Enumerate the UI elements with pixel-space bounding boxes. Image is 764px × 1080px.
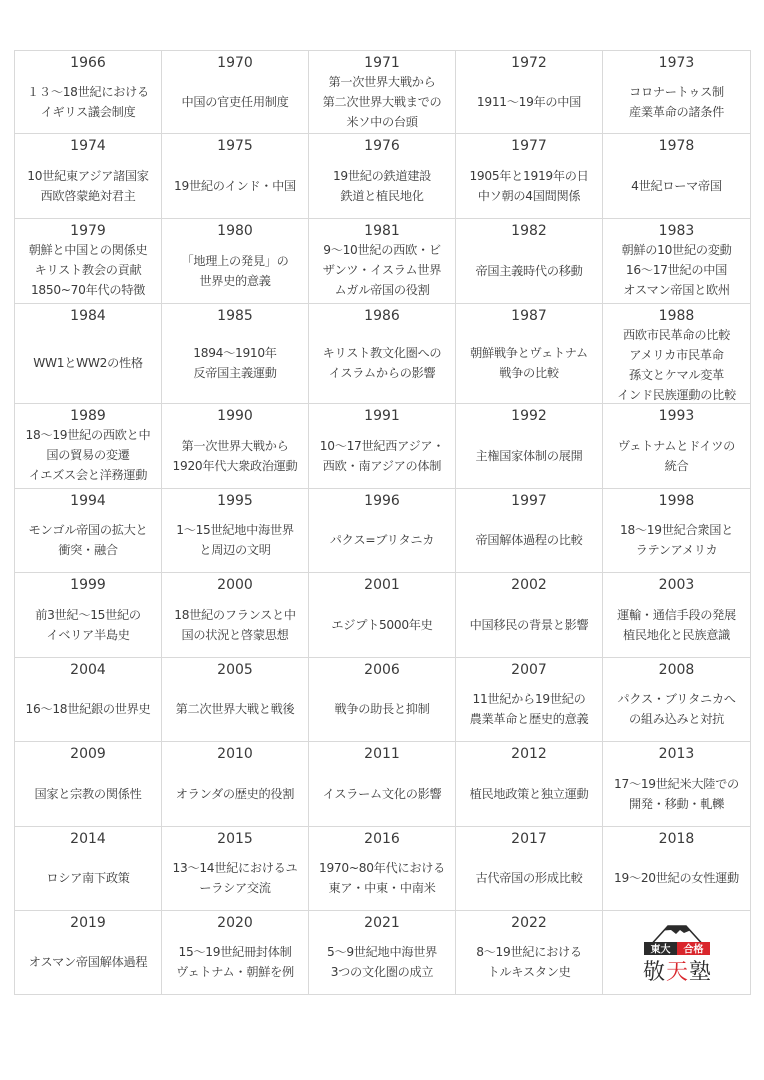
- topic-cell: 1990第一次世界大戦から1920年代大衆政治運動: [162, 404, 309, 489]
- exam-topic: 1～15世紀地中海世界と周辺の文明: [164, 510, 306, 570]
- topic-line: オランダの歴史的役割: [176, 784, 294, 804]
- topic-line: 朝鮮戦争とヴェトナム: [470, 343, 588, 363]
- topic-line: 中ソ朝の4国間関係: [478, 186, 581, 206]
- exam-year: 1970: [164, 54, 306, 72]
- exam-year: 1995: [164, 492, 306, 510]
- topic-line: の組み込みと対抗: [629, 709, 724, 729]
- topic-line: 主権国家体制の展開: [476, 446, 583, 466]
- exam-year: 1980: [164, 222, 306, 240]
- exam-year: 2002: [458, 576, 600, 594]
- topic-cell: 201317～19世紀米大陸での開発・移動・軋轢: [603, 742, 751, 827]
- topic-line: 戦争の比較: [499, 363, 558, 383]
- topic-line: イスラーム文化の影響: [323, 784, 442, 804]
- topic-cell: 1987朝鮮戦争とヴェトナム戦争の比較: [456, 304, 603, 404]
- topic-line: アメリカ市民革命: [629, 345, 723, 365]
- topic-line: 東ア・中東・中南米: [329, 878, 436, 898]
- exam-topic: 1970~80年代における東ア・中東・中南米: [311, 848, 453, 908]
- table-row: 2009国家と宗教の関係性2010オランダの歴史的役割2011イスラーム文化の影…: [15, 742, 751, 827]
- topic-cell: 1979朝鮮と中国との関係史キリスト教会の貢献1850~70年代の特徴: [15, 219, 162, 304]
- topic-cell: 2012植民地政策と独立運動: [456, 742, 603, 827]
- exam-year: 1982: [458, 222, 600, 240]
- exam-year: 1976: [311, 137, 453, 155]
- topic-line: 第二次世界大戦までの: [323, 92, 442, 112]
- exam-year: 1972: [458, 54, 600, 72]
- exam-year: 1973: [605, 54, 748, 72]
- topic-line: イギリス議会制度: [41, 102, 136, 122]
- exam-year: 1984: [17, 307, 159, 325]
- topic-line: 古代帝国の形成比較: [476, 868, 583, 888]
- topic-line: モンゴル帝国の拡大と: [29, 520, 148, 540]
- topic-line: 19世紀の鉄道建設: [333, 166, 431, 186]
- exam-year: 2022: [458, 914, 600, 932]
- exam-year: 2013: [605, 745, 748, 763]
- topic-line: 中国の官吏任用制度: [182, 92, 289, 112]
- topic-line: パクス=ブリタニカ: [330, 530, 434, 550]
- exam-topic: 4世紀ローマ帝国: [605, 155, 748, 216]
- topic-line: コロナートゥス制: [629, 82, 724, 102]
- topic-line: ヴェトナム・朝鮮を例: [176, 962, 294, 982]
- svg-text:東大: 東大: [650, 942, 670, 955]
- exam-topic: 帝国主義時代の移動: [458, 240, 600, 301]
- topic-line: ムガル帝国の役割: [334, 280, 429, 300]
- topic-cell: 1996パクス=ブリタニカ: [309, 489, 456, 573]
- exam-topic: 「地理上の発見」の世界史的意義: [164, 240, 306, 301]
- exam-year: 2017: [458, 830, 600, 848]
- topic-cell: 201819～20世紀の女性運動: [603, 827, 751, 911]
- topic-line: 植民地化と民族意識: [623, 625, 730, 645]
- exam-topic: 11世紀から19世紀の農業革命と歴史的意義: [458, 679, 600, 739]
- exam-topic: 19世紀のインド・中国: [164, 155, 306, 216]
- topic-line: 10～17世紀西アジア・: [320, 436, 444, 456]
- topic-line: 10世紀東アジア諸国家: [27, 166, 148, 186]
- topic-line: イスラムからの影響: [329, 363, 436, 383]
- exam-year: 1987: [458, 307, 600, 325]
- exam-year: 1985: [164, 307, 306, 325]
- exam-topic: イスラーム文化の影響: [311, 763, 453, 824]
- exam-topic: 9～10世紀の西欧・ビザンツ・イスラム世界ムガル帝国の役割: [311, 240, 453, 301]
- exam-year: 2008: [605, 661, 748, 679]
- topic-line: WW1とWW2の性格: [33, 353, 142, 373]
- topic-line: ザンツ・イスラム世界: [323, 260, 441, 280]
- topic-line: 1970~80年代における: [319, 858, 445, 878]
- exam-year: 2019: [17, 914, 159, 932]
- exam-year: 1971: [311, 54, 453, 72]
- topic-line: 16～17世紀の中国: [626, 260, 727, 280]
- topic-cell: 1984WW1とWW2の性格: [15, 304, 162, 404]
- topic-cell: 1966１３～18世紀におけるイギリス議会制度: [15, 51, 162, 134]
- exam-topic: 1905年と1919年の日中ソ朝の4国間関係: [458, 155, 600, 216]
- exam-year: 2005: [164, 661, 306, 679]
- topic-cell: 19771905年と1919年の日中ソ朝の4国間関係: [456, 134, 603, 219]
- topic-line: エジプト5000年史: [331, 615, 432, 635]
- topic-line: 中国移民の背景と影響: [470, 615, 589, 635]
- topic-cell: 19721911～19年の中国: [456, 51, 603, 134]
- exam-topic: 第一次世界大戦から1920年代大衆政治運動: [164, 425, 306, 486]
- topic-line: 第二次世界大戦と戦後: [176, 699, 295, 719]
- logo-cell: 東大 合格 敬 天 塾: [603, 911, 751, 995]
- exam-topic: 5～9世紀地中海世界3つの文化圏の成立: [311, 932, 453, 992]
- topic-line: 15～19世紀冊封体制: [178, 942, 291, 962]
- topic-line: １３～18世紀における: [27, 82, 149, 102]
- topic-line: キリスト教会の貢献: [35, 260, 142, 280]
- topic-cell: 1983朝鮮の10世紀の変動16～17世紀の中国オスマン帝国と欧州: [603, 219, 751, 304]
- exam-topic: パクス・ブリタニカへの組み込みと対抗: [605, 679, 748, 739]
- topic-line: 4世紀ローマ帝国: [631, 176, 722, 196]
- table-row: 198918～19世紀の西欧と中国の貿易の変遷イエズス会と洋務運動1990第一次…: [15, 404, 751, 489]
- topic-line: 戦争の助長と抑制: [334, 699, 429, 719]
- exam-year: 1974: [17, 137, 159, 155]
- exam-topic: 15～19世紀冊封体制ヴェトナム・朝鮮を例: [164, 932, 306, 992]
- exam-topic: ヴェトナムとドイツの統合: [605, 425, 748, 486]
- topic-line: ヴェトナムとドイツの: [618, 436, 735, 456]
- topic-line: パクス・ブリタニカへ: [617, 689, 735, 709]
- exam-topic: 植民地政策と独立運動: [458, 763, 600, 824]
- topic-line: 3つの文化圏の成立: [331, 962, 434, 982]
- mount-fuji-icon: 東大 合格 敬 天 塾: [634, 922, 720, 986]
- topic-line: ーラシア交流: [199, 878, 270, 898]
- table-row: 197410世紀東アジア諸国家西欧啓蒙絶対君主197519世紀のインド・中国19…: [15, 134, 751, 219]
- topic-line: 衝突・融合: [58, 540, 117, 560]
- topic-line: 西欧市民革命の比較: [623, 325, 730, 345]
- exam-year: 1991: [311, 407, 453, 425]
- exam-year: 2010: [164, 745, 306, 763]
- topic-line: 1894～1910年: [193, 343, 276, 363]
- exam-year: 1993: [605, 407, 748, 425]
- exam-year: 1992: [458, 407, 600, 425]
- exam-topic: 朝鮮と中国との関係史キリスト教会の貢献1850~70年代の特徴: [17, 240, 159, 301]
- topic-line: 植民地政策と独立運動: [470, 784, 589, 804]
- exam-topic: WW1とWW2の性格: [17, 325, 159, 401]
- topic-cell: 2003運輸・通信手段の発展植民地化と民族意識: [603, 573, 751, 658]
- exam-topic: 17～19世紀米大陸での開発・移動・軋轢: [605, 763, 748, 824]
- exam-topic: 中国の官吏任用制度: [164, 72, 306, 131]
- exam-topic: 中国移民の背景と影響: [458, 594, 600, 655]
- topic-cell: 20228～19世紀におけるトルキスタン史: [456, 911, 603, 995]
- exam-topic: 19～20世紀の女性運動: [605, 848, 748, 908]
- topic-line: トルキスタン史: [488, 962, 571, 982]
- topic-cell: 20161970~80年代における東ア・中東・中南米: [309, 827, 456, 911]
- exam-topic: オランダの歴史的役割: [164, 763, 306, 824]
- topic-line: 帝国解体過程の比較: [476, 530, 583, 550]
- topic-cell: 197410世紀東アジア諸国家西欧啓蒙絶対君主: [15, 134, 162, 219]
- exam-topic: 第一次世界大戦から第二次世界大戦までの米ソ中の台頭: [311, 72, 453, 131]
- topic-line: 「地理上の発見」の: [182, 251, 289, 271]
- exam-topic: 19世紀の鉄道建設鉄道と植民地化: [311, 155, 453, 216]
- topic-line: 産業革命の諸条件: [629, 102, 724, 122]
- exam-year: 1983: [605, 222, 748, 240]
- table-row: 1984WW1とWW2の性格19851894～1910年反帝国主義運動1986キ…: [15, 304, 751, 404]
- exam-topic: 古代帝国の形成比較: [458, 848, 600, 908]
- exam-topic: 1911～19年の中国: [458, 72, 600, 131]
- exam-year: 1996: [311, 492, 453, 510]
- exam-year: 1990: [164, 407, 306, 425]
- topic-cell: 2011イスラーム文化の影響: [309, 742, 456, 827]
- topic-cell: 198918～19世紀の西欧と中国の貿易の変遷イエズス会と洋務運動: [15, 404, 162, 489]
- exam-topic: 朝鮮の10世紀の変動16～17世紀の中国オスマン帝国と欧州: [605, 240, 748, 301]
- topic-cell: 1994モンゴル帝国の拡大と衝突・融合: [15, 489, 162, 573]
- topic-cell: 1988西欧市民革命の比較アメリカ市民革命孫文とケマル変革インド民族運動の比較: [603, 304, 751, 404]
- exam-year: 1977: [458, 137, 600, 155]
- topic-line: 開発・移動・軋轢: [629, 794, 724, 814]
- exam-year: 2003: [605, 576, 748, 594]
- topic-line: 国家と宗教の関係性: [35, 784, 142, 804]
- topic-line: 18～19世紀合衆国と: [620, 520, 733, 540]
- topic-line: 13～14世紀におけるユ: [173, 858, 298, 878]
- exam-year: 2000: [164, 576, 306, 594]
- topic-cell: 19784世紀ローマ帝国: [603, 134, 751, 219]
- exam-year: 1981: [311, 222, 453, 240]
- topic-line: 18～19世紀の西欧と中: [26, 425, 151, 445]
- topic-cell: 2014ロシア南下政策: [15, 827, 162, 911]
- topic-cell: 2008パクス・ブリタニカへの組み込みと対抗: [603, 658, 751, 742]
- topic-cell: 1971第一次世界大戦から第二次世界大戦までの米ソ中の台頭: [309, 51, 456, 134]
- exam-topic: オスマン帝国解体過程: [17, 932, 159, 992]
- exam-year: 2018: [605, 830, 748, 848]
- topic-cell: 1986キリスト教文化圏へのイスラムからの影響: [309, 304, 456, 404]
- keitenjuku-logo: 東大 合格 敬 天 塾: [605, 916, 748, 992]
- topic-line: 1920年代大衆政治運動: [173, 456, 298, 476]
- topic-line: 国の状況と啓蒙思想: [182, 625, 289, 645]
- topic-line: 西欧啓蒙絶対君主: [40, 186, 135, 206]
- exam-year: 1966: [17, 54, 159, 72]
- topic-cell: 200416～18世紀銀の世界史: [15, 658, 162, 742]
- exam-topic: パクス=ブリタニカ: [311, 510, 453, 570]
- exam-topic: 戦争の助長と抑制: [311, 679, 453, 739]
- topic-cell: 2010オランダの歴史的役割: [162, 742, 309, 827]
- topic-line: イベリア半島史: [46, 625, 129, 645]
- topic-line: 1～15世紀地中海世界: [176, 520, 293, 540]
- table-row: 1966１３～18世紀におけるイギリス議会制度1970中国の官吏任用制度1971…: [15, 51, 751, 134]
- topic-cell: 1980「地理上の発見」の世界史的意義: [162, 219, 309, 304]
- topic-cell: 2001エジプト5000年史: [309, 573, 456, 658]
- topic-line: 9～10世紀の西欧・ビ: [323, 240, 440, 260]
- exam-topic: ロシア南下政策: [17, 848, 159, 908]
- exam-topic: 10世紀東アジア諸国家西欧啓蒙絶対君主: [17, 155, 159, 216]
- topic-cell: 201513～14世紀におけるユーラシア交流: [162, 827, 309, 911]
- topic-line: 農業革命と歴史的意義: [470, 709, 589, 729]
- svg-text:塾: 塾: [688, 960, 710, 985]
- topic-line: 17～19世紀米大陸での: [614, 774, 739, 794]
- topic-line: 1911～19年の中国: [477, 92, 581, 112]
- svg-text:天: 天: [665, 960, 687, 985]
- topic-cell: 197619世紀の鉄道建設鉄道と植民地化: [309, 134, 456, 219]
- exam-year: 2006: [311, 661, 453, 679]
- topic-cell: 197519世紀のインド・中国: [162, 134, 309, 219]
- exam-year: 1999: [17, 576, 159, 594]
- topic-cell: 200018世紀のフランスと中国の状況と啓蒙思想: [162, 573, 309, 658]
- topic-cell: 1973コロナートゥス制産業革命の諸条件: [603, 51, 751, 134]
- topic-line: 朝鮮と中国との関係史: [29, 240, 148, 260]
- exam-topic: 西欧市民革命の比較アメリカ市民革命孫文とケマル変革インド民族運動の比較: [605, 325, 748, 401]
- exam-year: 1988: [605, 307, 748, 325]
- topic-cell: 200711世紀から19世紀の農業革命と歴史的意義: [456, 658, 603, 742]
- topic-line: 世界史的意義: [199, 271, 270, 291]
- topic-line: 反帝国主義運動: [193, 363, 276, 383]
- topic-line: 1850~70年代の特徴: [31, 280, 145, 300]
- table-row: 1994モンゴル帝国の拡大と衝突・融合19951～15世紀地中海世界と周辺の文明…: [15, 489, 751, 573]
- exam-year: 2015: [164, 830, 306, 848]
- exam-topic: 国家と宗教の関係性: [17, 763, 159, 824]
- topic-line: 国の貿易の変遷: [46, 445, 129, 465]
- exam-topic: 朝鮮戦争とヴェトナム戦争の比較: [458, 325, 600, 401]
- table-row: 1979朝鮮と中国との関係史キリスト教会の貢献1850~70年代の特徴1980「…: [15, 219, 751, 304]
- exam-topic: 前3世紀～15世紀のイベリア半島史: [17, 594, 159, 655]
- topic-line: インド民族運動の比較: [617, 385, 736, 404]
- exam-year: 2020: [164, 914, 306, 932]
- topic-line: 18世紀のフランスと中: [174, 605, 296, 625]
- topic-line: ロシア南下政策: [46, 868, 129, 888]
- topic-cell: 19851894～1910年反帝国主義運動: [162, 304, 309, 404]
- topic-cell: 1999前3世紀～15世紀のイベリア半島史: [15, 573, 162, 658]
- topic-line: 米ソ中の台頭: [346, 112, 417, 132]
- exam-topic: 運輸・通信手段の発展植民地化と民族意識: [605, 594, 748, 655]
- exam-year: 1994: [17, 492, 159, 510]
- topic-line: 8～19世紀における: [476, 942, 582, 962]
- topic-line: オスマン帝国解体過程: [29, 952, 148, 972]
- topic-cell: 2002中国移民の背景と影響: [456, 573, 603, 658]
- exam-year: 1986: [311, 307, 453, 325]
- exam-year: 2001: [311, 576, 453, 594]
- exam-topic: 第二次世界大戦と戦後: [164, 679, 306, 739]
- topic-line: 運輸・通信手段の発展: [617, 605, 736, 625]
- topic-line: 西欧・南アジアの体制: [323, 456, 441, 476]
- topic-line: と周辺の文明: [199, 540, 270, 560]
- topic-line: 19世紀のインド・中国: [174, 176, 296, 196]
- exam-year: 1979: [17, 222, 159, 240]
- exam-topic: キリスト教文化圏へのイスラムからの影響: [311, 325, 453, 401]
- svg-text:敬: 敬: [642, 960, 664, 985]
- topic-cell: 2009国家と宗教の関係性: [15, 742, 162, 827]
- exam-year: 2021: [311, 914, 453, 932]
- exam-topic: 13～14世紀におけるユーラシア交流: [164, 848, 306, 908]
- topic-line: 統合: [665, 456, 689, 476]
- exam-year: 2004: [17, 661, 159, 679]
- topic-cell: 1982帝国主義時代の移動: [456, 219, 603, 304]
- table-row: 200416～18世紀銀の世界史2005第二次世界大戦と戦後2006戦争の助長と…: [15, 658, 751, 742]
- exam-topic: 16～18世紀銀の世界史: [17, 679, 159, 739]
- topic-cell: 2005第二次世界大戦と戦後: [162, 658, 309, 742]
- topic-line: 孫文とケマル変革: [629, 365, 724, 385]
- exam-topic: １３～18世紀におけるイギリス議会制度: [17, 72, 159, 131]
- exam-year: 2007: [458, 661, 600, 679]
- exam-year: 2011: [311, 745, 453, 763]
- topic-line: 5～9世紀地中海世界: [327, 942, 437, 962]
- topic-cell: 2019オスマン帝国解体過程: [15, 911, 162, 995]
- exam-year: 1997: [458, 492, 600, 510]
- topic-cell: 1970中国の官吏任用制度: [162, 51, 309, 134]
- exam-year: 1975: [164, 137, 306, 155]
- topic-line: イエズス会と洋務運動: [29, 465, 147, 485]
- exam-topic: 18世紀のフランスと中国の状況と啓蒙思想: [164, 594, 306, 655]
- table-row: 2014ロシア南下政策201513～14世紀におけるユーラシア交流2016197…: [15, 827, 751, 911]
- table-row: 1999前3世紀～15世紀のイベリア半島史200018世紀のフランスと中国の状況…: [15, 573, 751, 658]
- exam-topic: 帝国解体過程の比較: [458, 510, 600, 570]
- topic-cell: 2017古代帝国の形成比較: [456, 827, 603, 911]
- exam-year: 2012: [458, 745, 600, 763]
- topic-line: 第一次世界大戦から: [182, 436, 289, 456]
- exam-topic: 1894～1910年反帝国主義運動: [164, 325, 306, 401]
- topic-cell: 19819～10世紀の西欧・ビザンツ・イスラム世界ムガル帝国の役割: [309, 219, 456, 304]
- topic-line: ラテンアメリカ: [636, 540, 718, 560]
- exam-topic: エジプト5000年史: [311, 594, 453, 655]
- exam-topic: 18～19世紀合衆国とラテンアメリカ: [605, 510, 748, 570]
- topic-cell: 19951～15世紀地中海世界と周辺の文明: [162, 489, 309, 573]
- topic-line: 第一次世界大戦から: [329, 72, 436, 92]
- exam-year: 1998: [605, 492, 748, 510]
- exam-year: 1978: [605, 137, 748, 155]
- topic-cell: 1993ヴェトナムとドイツの統合: [603, 404, 751, 489]
- topic-line: 鉄道と植民地化: [340, 186, 423, 206]
- exam-topics-table: 1966１３～18世紀におけるイギリス議会制度1970中国の官吏任用制度1971…: [14, 50, 751, 995]
- topic-line: 11世紀から19世紀の: [472, 689, 585, 709]
- topic-line: 1905年と1919年の日: [469, 166, 588, 186]
- topic-cell: 199818～19世紀合衆国とラテンアメリカ: [603, 489, 751, 573]
- exam-year: 2009: [17, 745, 159, 763]
- topic-cell: 2006戦争の助長と抑制: [309, 658, 456, 742]
- exam-topic: 8～19世紀におけるトルキスタン史: [458, 932, 600, 992]
- topic-line: 前3世紀～15世紀の: [35, 605, 141, 625]
- exam-topic: 10～17世紀西アジア・西欧・南アジアの体制: [311, 425, 453, 486]
- topic-line: 帝国主義時代の移動: [476, 261, 583, 281]
- exam-topic: 主権国家体制の展開: [458, 425, 600, 486]
- topic-cell: 202015～19世紀冊封体制ヴェトナム・朝鮮を例: [162, 911, 309, 995]
- exam-year: 2016: [311, 830, 453, 848]
- topic-cell: 20215～9世紀地中海世界3つの文化圏の成立: [309, 911, 456, 995]
- svg-text:合格: 合格: [683, 942, 703, 955]
- topic-line: 朝鮮の10世紀の変動: [621, 240, 731, 260]
- topic-cell: 199110～17世紀西アジア・西欧・南アジアの体制: [309, 404, 456, 489]
- exam-topic: モンゴル帝国の拡大と衝突・融合: [17, 510, 159, 570]
- exam-topic: コロナートゥス制産業革命の諸条件: [605, 72, 748, 131]
- exam-year: 2014: [17, 830, 159, 848]
- topic-cell: 1992主権国家体制の展開: [456, 404, 603, 489]
- topic-line: オスマン帝国と欧州: [623, 280, 730, 300]
- exam-year: 1989: [17, 407, 159, 425]
- topic-line: 19～20世紀の女性運動: [614, 868, 739, 888]
- topic-line: 16～18世紀銀の世界史: [26, 699, 151, 719]
- topic-cell: 1997帝国解体過程の比較: [456, 489, 603, 573]
- exam-topic: 18～19世紀の西欧と中国の貿易の変遷イエズス会と洋務運動: [17, 425, 159, 486]
- topic-line: キリスト教文化圏への: [323, 343, 442, 363]
- table-row: 2019オスマン帝国解体過程202015～19世紀冊封体制ヴェトナム・朝鮮を例2…: [15, 911, 751, 995]
